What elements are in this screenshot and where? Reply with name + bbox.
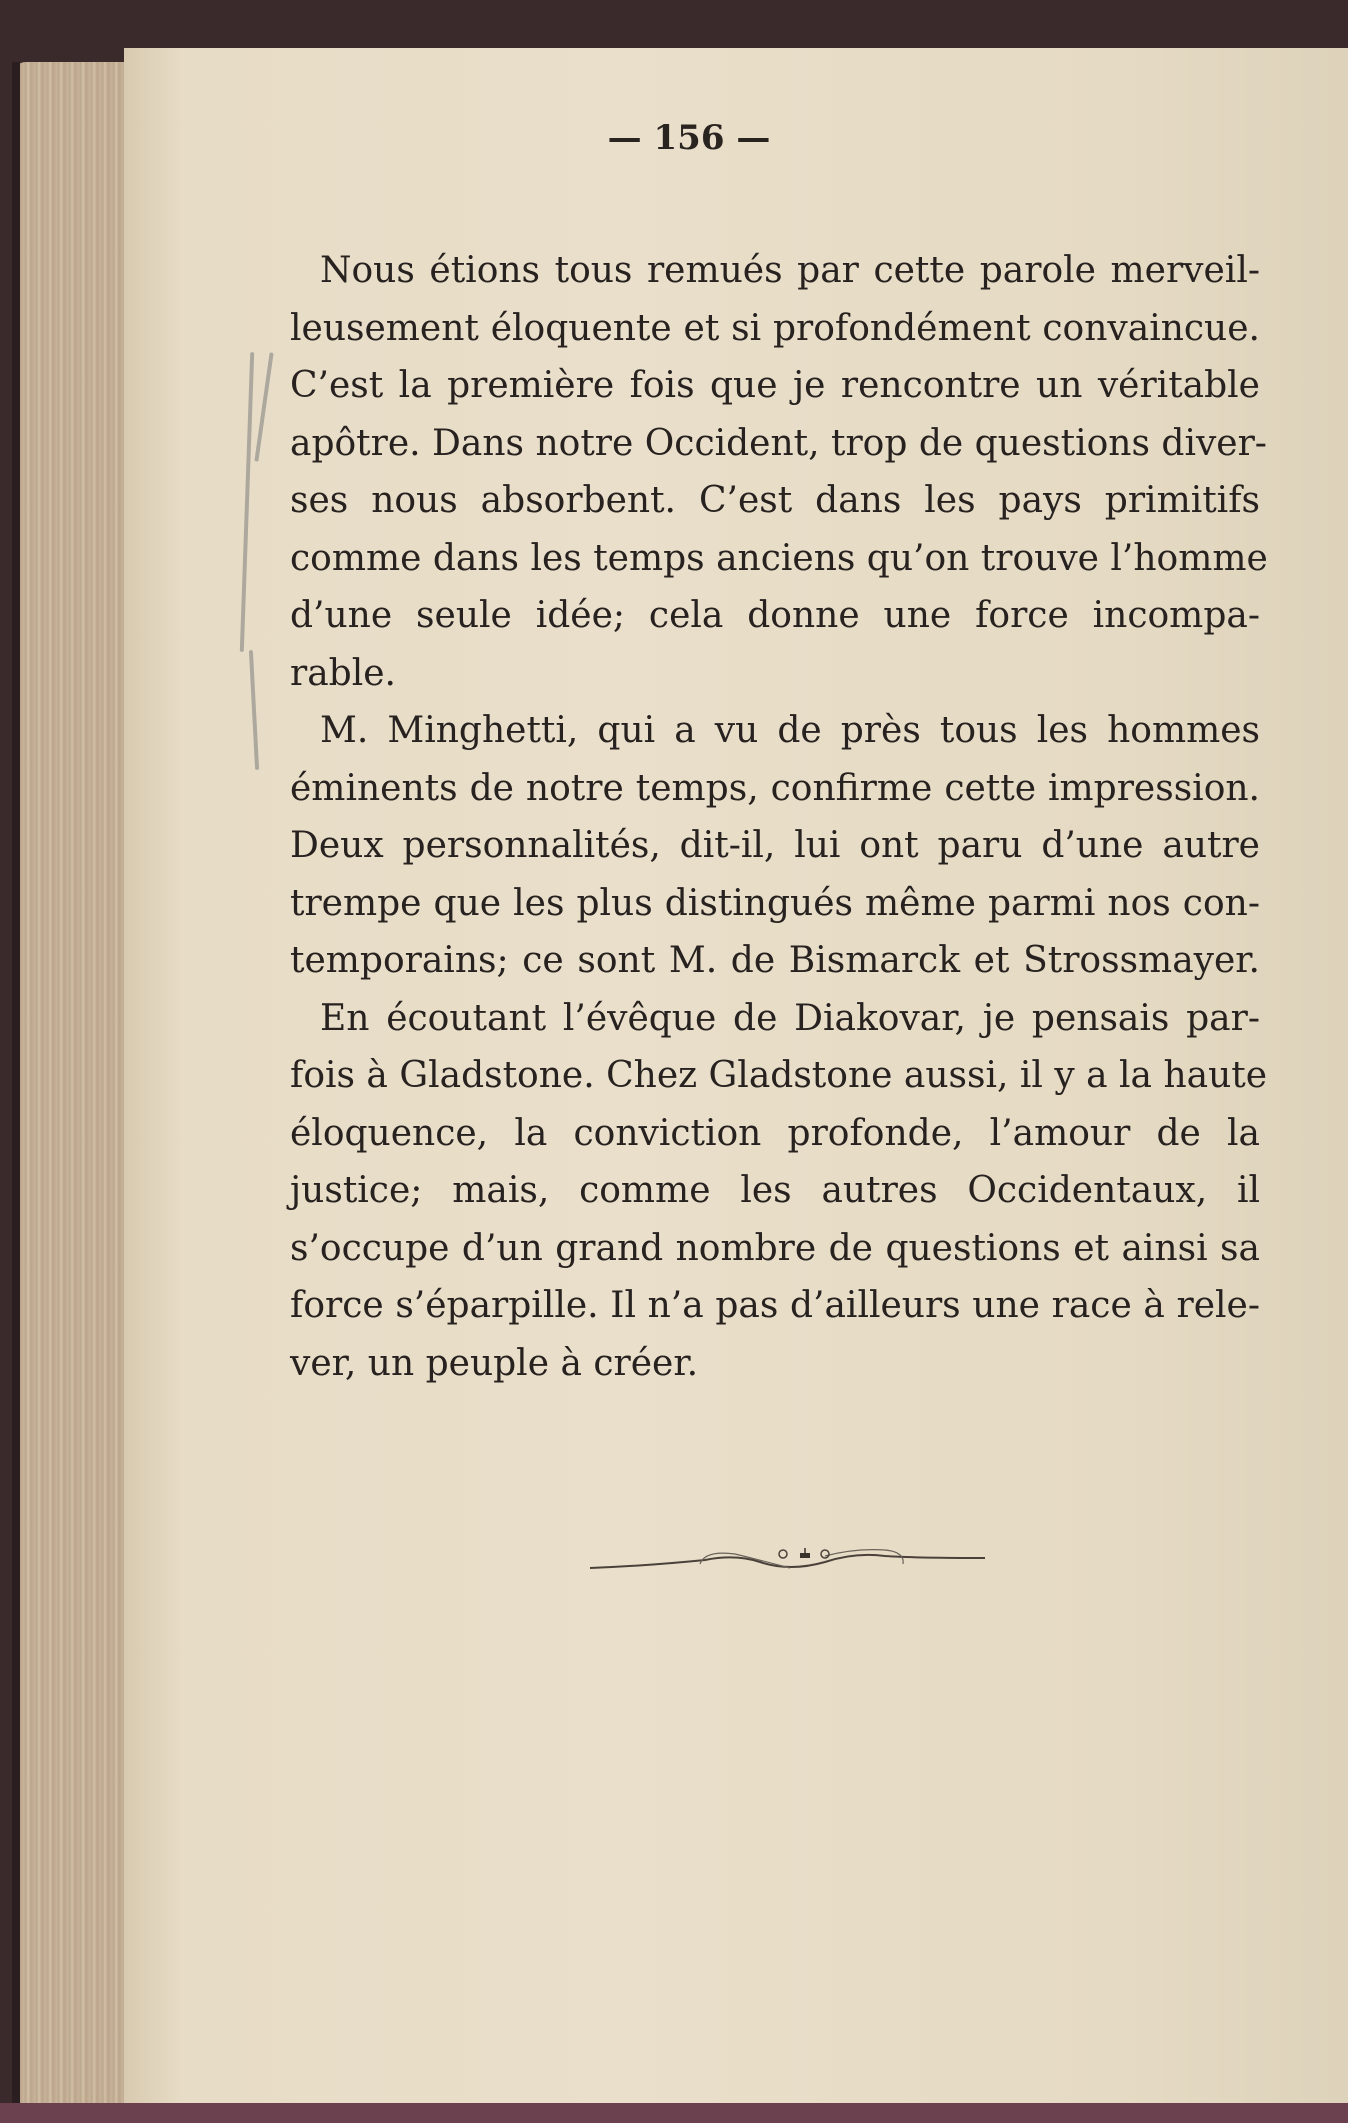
text-line: Nous étions tous remués par cette parole… <box>290 242 1260 300</box>
binding-shadow <box>12 62 20 2112</box>
text-line: d’une seule idée; cela donne une force i… <box>290 587 1260 645</box>
text-line: justice; mais, comme les autres Occident… <box>290 1162 1260 1220</box>
paragraph-3: En écoutant l’évêque de Diakovar, je pen… <box>290 990 1260 1393</box>
text-line: C’est la première fois que je rencontre … <box>290 357 1260 415</box>
text-line: éloquence, la conviction profonde, l’amo… <box>290 1105 1260 1163</box>
text-line: comme dans les temps anciens qu’on trouv… <box>290 530 1260 588</box>
text-line: force s’éparpille. Il n’a pas d’ailleurs… <box>290 1277 1260 1335</box>
text-line: éminents de notre temps, confirme cette … <box>290 760 1260 818</box>
page-stack-edge <box>12 62 124 2112</box>
text-line: ver, un peuple à créer. <box>290 1335 1260 1393</box>
text-line: En écoutant l’évêque de Diakovar, je pen… <box>290 990 1260 1048</box>
text-line: trempe que les plus distingués même parm… <box>290 875 1260 933</box>
tailpiece-ornament-icon <box>585 1540 995 1580</box>
text-line: M. Minghetti, qui a vu de près tous les … <box>290 702 1260 760</box>
text-line: leusement éloquente et si profondément c… <box>290 300 1260 358</box>
text-line: ses nous absorbent. C’est dans les pays … <box>290 472 1260 530</box>
text-line: s’occupe d’un grand nombre de questions … <box>290 1220 1260 1278</box>
paragraph-2: M. Minghetti, qui a vu de près tous les … <box>290 702 1260 990</box>
text-line: temporains; ce sont M. de Bismarck et St… <box>290 932 1260 990</box>
body-text: Nous étions tous remués par cette parole… <box>290 242 1260 1392</box>
text-line: apôtre. Dans notre Occident, trop de que… <box>290 415 1260 473</box>
paragraph-1: Nous étions tous remués par cette parole… <box>290 242 1260 702</box>
text-line: rable. <box>290 645 1260 703</box>
text-line: Deux personnalités, dit-il, lui ont paru… <box>290 817 1260 875</box>
page-number: — 156 — <box>0 118 1348 158</box>
text-line: fois à Gladstone. Chez Gladstone aussi, … <box>290 1047 1260 1105</box>
book-cover-bottom <box>0 2103 1348 2123</box>
